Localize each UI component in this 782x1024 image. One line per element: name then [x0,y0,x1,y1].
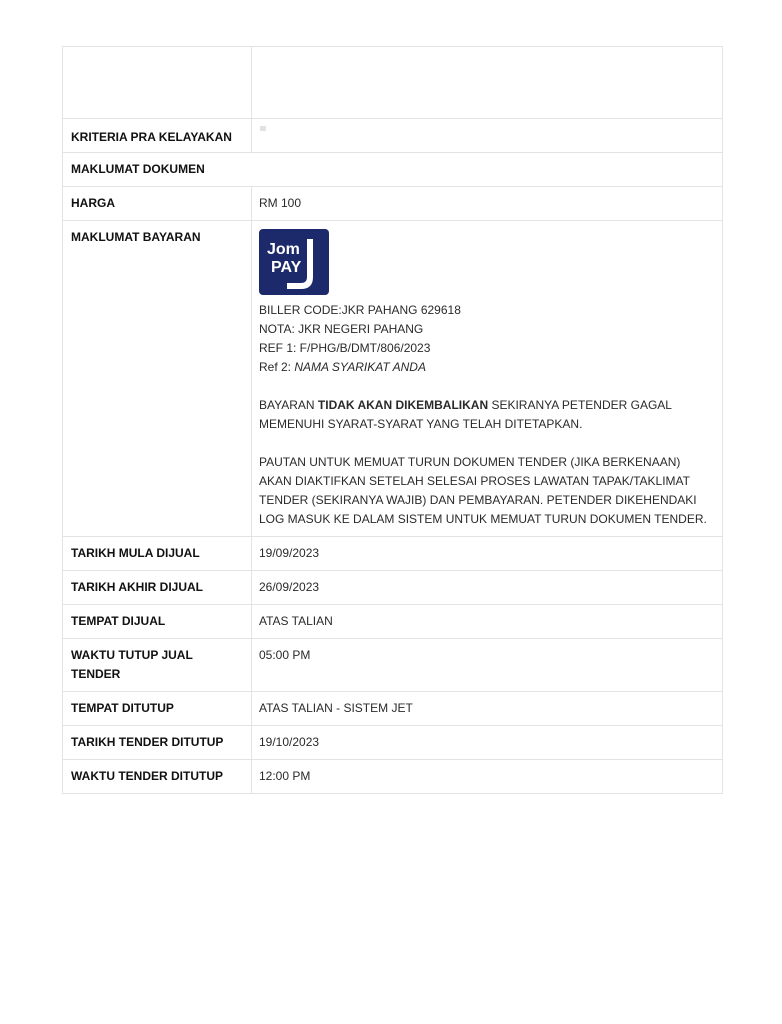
table-row-empty [63,47,723,119]
table-row-tarikh-akhir: TARIKH AKHIR DIJUAL 26/09/2023 [63,571,723,605]
download-link-notice: PAUTAN UNTUK MEMUAT TURUN DOKUMEN TENDER… [259,453,714,529]
jompay-logo: Jom PAY [259,229,329,295]
table-row-kriteria: KRITERIA PRA KELAYAKAN [63,119,723,153]
maklumat-dokumen-heading: MAKLUMAT DOKUMEN [63,153,723,187]
svg-text:Jom: Jom [267,241,300,258]
placeholder-image-icon [260,126,266,131]
table-row-bayaran: MAKLUMAT BAYARAN Jom PAY BILLER CODE:JKR… [63,221,723,537]
ref1: REF 1: F/PHG/B/DMT/806/2023 [259,339,714,358]
table-row-tarikh-mula: TARIKH MULA DIJUAL 19/09/2023 [63,537,723,571]
tempat-dijual-label: TEMPAT DIJUAL [63,605,252,639]
empty-value-cell [252,47,723,119]
harga-label: HARGA [63,187,252,221]
table-row-maklumat-dokumen: MAKLUMAT DOKUMEN [63,153,723,187]
tarikh-akhir-value: 26/09/2023 [252,571,723,605]
ref2: Ref 2: NAMA SYARIKAT ANDA [259,358,714,377]
tender-info-table: KRITERIA PRA KELAYAKAN MAKLUMAT DOKUMEN … [62,46,723,794]
bayaran-label: MAKLUMAT BAYARAN [63,221,252,537]
waktu-ditutup-value: 12:00 PM [252,760,723,794]
table-row-tarikh-ditutup: TARIKH TENDER DITUTUP 19/10/2023 [63,726,723,760]
table-row-waktu-tutup-jual: WAKTU TUTUP JUAL TENDER 05:00 PM [63,639,723,692]
tempat-dijual-value: ATAS TALIAN [252,605,723,639]
table-row-tempat-ditutup: TEMPAT DITUTUP ATAS TALIAN - SISTEM JET [63,692,723,726]
table-row-waktu-ditutup: WAKTU TENDER DITUTUP 12:00 PM [63,760,723,794]
tempat-ditutup-value: ATAS TALIAN - SISTEM JET [252,692,723,726]
waktu-tutup-jual-value: 05:00 PM [252,639,723,692]
kriteria-value [252,119,723,153]
biller-code: BILLER CODE:JKR PAHANG 629618 [259,301,714,320]
ref2-label: Ref 2: [259,360,294,374]
refund-notice: BAYARAN TIDAK AKAN DIKEMBALIKAN SEKIRANY… [259,396,714,434]
tarikh-mula-value: 19/09/2023 [252,537,723,571]
tarikh-ditutup-value: 19/10/2023 [252,726,723,760]
ref2-value: NAMA SYARIKAT ANDA [294,360,426,374]
tarikh-mula-label: TARIKH MULA DIJUAL [63,537,252,571]
empty-label-cell [63,47,252,119]
bayaran-value: Jom PAY BILLER CODE:JKR PAHANG 629618 NO… [252,221,723,537]
table-row-tempat-dijual: TEMPAT DIJUAL ATAS TALIAN [63,605,723,639]
kriteria-label: KRITERIA PRA KELAYAKAN [63,119,252,153]
refund-notice-prefix: BAYARAN [259,398,318,412]
waktu-ditutup-label: WAKTU TENDER DITUTUP [63,760,252,794]
refund-notice-bold: TIDAK AKAN DIKEMBALIKAN [318,398,488,412]
harga-value: RM 100 [252,187,723,221]
svg-text:PAY: PAY [271,259,302,276]
tempat-ditutup-label: TEMPAT DITUTUP [63,692,252,726]
nota: NOTA: JKR NEGERI PAHANG [259,320,714,339]
table-row-harga: HARGA RM 100 [63,187,723,221]
tarikh-akhir-label: TARIKH AKHIR DIJUAL [63,571,252,605]
waktu-tutup-jual-label: WAKTU TUTUP JUAL TENDER [63,639,252,692]
tarikh-ditutup-label: TARIKH TENDER DITUTUP [63,726,252,760]
